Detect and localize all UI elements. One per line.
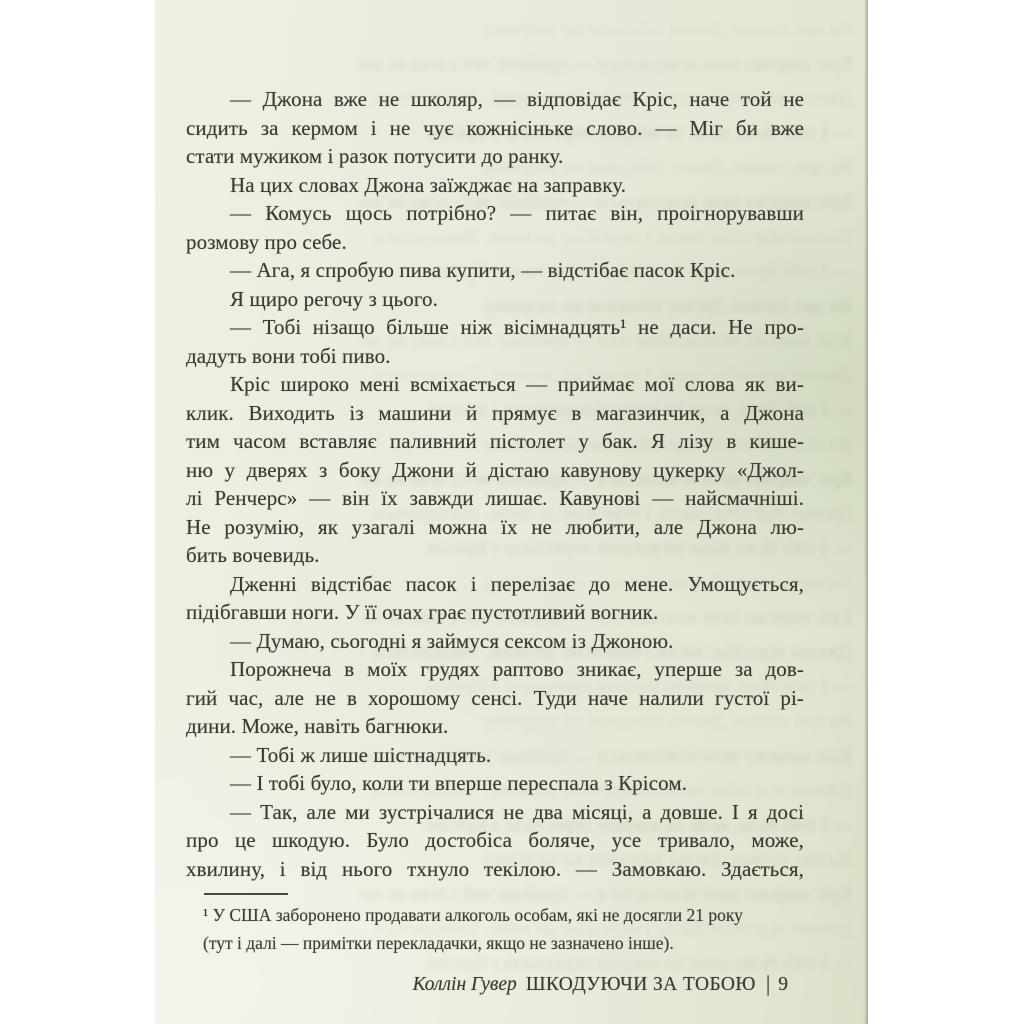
- photo-canvas: { "document": { "language": "uk", "body_…: [0, 0, 1024, 1024]
- text-line: розмову про себе.: [186, 228, 804, 257]
- text-line: Не розумію, як узагалі можна їх не любит…: [186, 513, 804, 542]
- footer-book-title: ШКОДУЮЧИ ЗА ТОБОЮ: [526, 974, 756, 995]
- text-line: тим часом вставляє паливний пістолет у б…: [186, 427, 804, 456]
- text-line: сидить за кермом і не чує кожнісіньке сл…: [186, 114, 804, 143]
- text-line: — Тобі нізащо більше ніж вісімнадцять¹ н…: [186, 313, 804, 342]
- text-line: — Думаю, сьогодні я займуся сексом із Дж…: [186, 627, 804, 656]
- text-line: бить вочевидь.: [186, 541, 804, 570]
- text-line: лі Ренчерс» — він їх завжди лишає. Кавун…: [186, 484, 804, 513]
- text-line: клик. Виходить із машини й прямує в мага…: [186, 399, 804, 428]
- footnote-rule: [204, 893, 288, 895]
- text-line: ню у дверях з боку Джони й дістаю кавуно…: [186, 456, 804, 485]
- text-line: — Джона вже не школяр, — відповідає Кріс…: [186, 85, 804, 114]
- text-line: Я щиро регочу з цього.: [186, 285, 804, 314]
- text-line: гий час, але не в хорошому сенсі. Туди н…: [186, 684, 804, 713]
- book-page-photo: На цих словах Джона заїжджає на заправку…: [155, 0, 868, 1024]
- text-line: Дженні відстібає пасок і перелізає до ме…: [186, 570, 804, 599]
- text-line: — І тобі було, коли ти вперше переспала …: [186, 769, 804, 798]
- text-line: — Так, але ми зустрічалися не два місяці…: [186, 798, 804, 827]
- footer-separator: |: [766, 971, 770, 997]
- text-line: дини. Може, навіть багнюки.: [186, 712, 804, 741]
- text-line: дадуть вони тобі пиво.: [186, 342, 804, 371]
- footer-page-number: 9: [778, 974, 788, 995]
- text-line: підібгавши ноги. У її очах грає пустотли…: [186, 598, 804, 627]
- text-line: — Ага, я спробую пива купити, — відстіба…: [186, 256, 804, 285]
- text-line: — Тобі ж лише шістнадцять.: [186, 741, 804, 770]
- text-line: хвилину, і від нього тхнуло текілою. — З…: [186, 855, 804, 884]
- footnote-line: (тут і далі — примітки перекладачки, якщ…: [203, 930, 793, 958]
- text-line: — Комусь щось потрібно? — питає він, про…: [186, 199, 804, 228]
- text-line: На цих словах Джона заїжджає на заправку…: [186, 171, 804, 200]
- body-text: — Джона вже не школяр, — відповідає Кріс…: [186, 85, 804, 883]
- footnote: ¹ У США заборонено продавати алкоголь ос…: [203, 902, 793, 957]
- bleedthrough-line: Кріс широко мені всміхається — приймає м…: [305, 53, 853, 75]
- text-line: Порожнеча в моїх грудях раптово зникає, …: [186, 655, 804, 684]
- text-line: стати мужиком і разок потусити до ранку.: [186, 142, 804, 171]
- page-footer: Коллін ГуверШКОДУЮЧИ ЗА ТОБОЮ|9: [413, 970, 788, 996]
- footnote-line: ¹ У США заборонено продавати алкоголь ос…: [203, 902, 793, 930]
- footer-author: Коллін Гувер: [413, 974, 517, 995]
- bleedthrough-line: На цих словах Джона заїжджає на заправку…: [305, 18, 853, 40]
- text-line: Кріс широко мені всміхається — приймає м…: [186, 370, 804, 399]
- text-line: про це шкодую. Було достобіса боляче, ус…: [186, 826, 804, 855]
